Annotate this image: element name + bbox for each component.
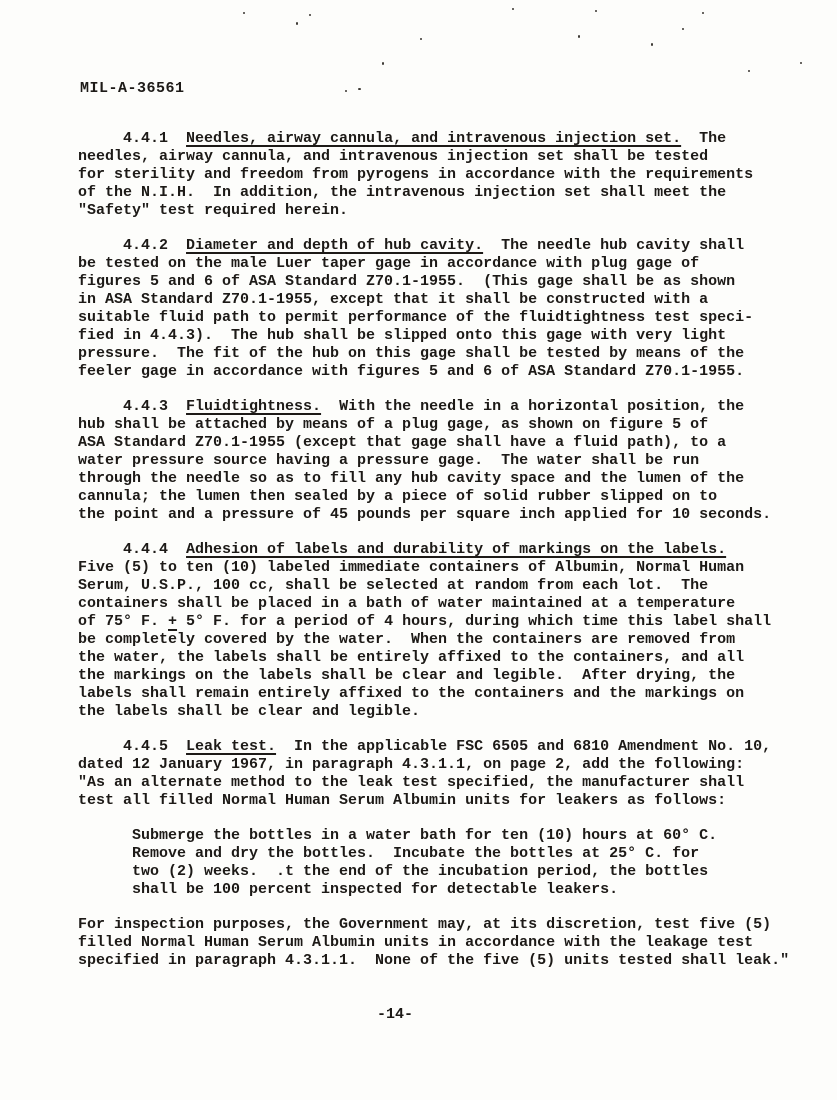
section-heading: Needles, airway cannula, and intravenous… [186,130,681,147]
section-4-4-3: 4.4.3 Fluidtightness. With the needle in… [78,398,800,524]
section-text: 5° F. for a period of 4 hours, during wh… [78,613,771,720]
scan-speck [420,38,422,40]
doc-number: MIL-A-36561 [80,80,185,97]
section-heading: Adhesion of labels and durability of mar… [186,541,726,558]
section-heading: Leak test. [186,738,276,755]
scan-speck [595,10,597,12]
scan-speck [358,88,361,90]
section-number: 4.4.3 [78,398,186,415]
scan-speck [309,14,311,16]
scan-speck [702,12,704,14]
scan-speck [748,70,750,72]
scan-speck [512,8,514,10]
scan-speck [243,12,245,14]
section-4-4-1: 4.4.1 Needles, airway cannula, and intra… [78,130,800,220]
section-number: 4.4.2 [78,237,186,254]
plus-minus-sign: + [168,613,177,630]
section-4-4-2: 4.4.2 Diameter and depth of hub cavity. … [78,237,800,381]
section-text: The needle hub cavity shall be tested on… [78,237,753,380]
document-body: 4.4.1 Needles, airway cannula, and intra… [78,130,800,987]
scan-speck [296,22,298,25]
section-number: 4.4.1 [78,130,186,147]
section-4-4-4: 4.4.4 Adhesion of labels and durability … [78,541,800,721]
scan-speck [382,62,384,65]
section-text: With the needle in a horizontal position… [78,398,771,523]
section-number: 4.4.4 [78,541,186,558]
submerge-instructions: Submerge the bottles in a water bath for… [78,827,800,899]
section-heading: Diameter and depth of hub cavity. [186,237,483,254]
scan-speck [578,35,580,38]
document-page: MIL-A-36561 4.4.1 Needles, airway cannul… [0,0,837,1100]
scan-speck [800,62,802,64]
scan-speck [651,43,653,46]
closing-paragraph: For inspection purposes, the Government … [78,916,800,970]
scan-speck [345,90,347,92]
scan-speck [682,28,684,30]
page-number: -14- [0,1006,790,1023]
section-4-4-5: 4.4.5 Leak test. In the applicable FSC 6… [78,738,800,810]
section-heading: Fluidtightness. [186,398,321,415]
section-number: 4.4.5 [78,738,186,755]
